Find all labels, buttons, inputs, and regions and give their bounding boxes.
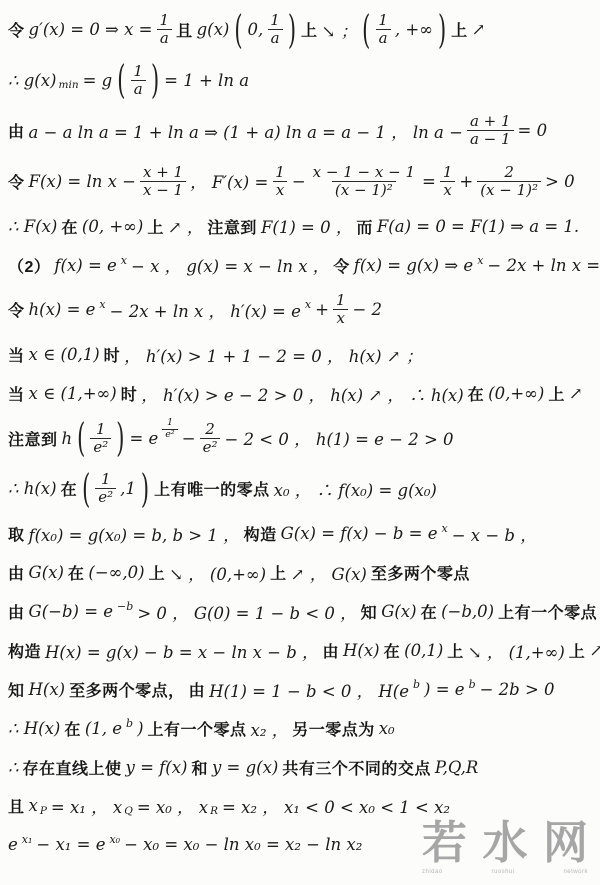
denominator: (x − 1)² <box>477 181 541 199</box>
cjk-text: 存在直线上使 <box>23 756 122 779</box>
math-text: y = f(x) <box>126 758 188 777</box>
superscript: x₀ <box>109 833 120 846</box>
cjk-text: 上 <box>451 18 468 41</box>
cjk-text: 上 <box>149 561 166 584</box>
math-text: = e <box>129 429 158 448</box>
fraction: 1e² <box>90 421 111 457</box>
math-text: f(x₀) = g(x₀) = b, b > 1 ， <box>29 522 240 546</box>
math-line: ∴ h(x)在(1e²,1)上有唯一的零点x₀ ， ∴ f(x₀) = g(x₀… <box>8 471 598 507</box>
big-paren: ( <box>117 58 125 102</box>
math-text: (1, e <box>85 719 122 738</box>
math-text: P,Q,R <box>435 758 478 777</box>
cjk-text: 至多两个零点， <box>69 678 185 701</box>
fraction: x − 1 − x − 1(x − 1)² <box>310 164 418 200</box>
cjk-text: 在 <box>421 600 438 623</box>
math-text: G(x) <box>29 563 64 582</box>
cjk-text: 由 <box>8 600 25 623</box>
math-text: − x − b ， <box>452 522 537 546</box>
math-text: x ∈ (0,1) <box>29 345 100 364</box>
math-text: ∴ <box>8 758 19 777</box>
cjk-text: 另一零点为 <box>292 717 375 740</box>
cjk-text: 由 <box>189 678 206 701</box>
superscript: b <box>413 678 420 691</box>
fraction: 1a <box>157 12 173 48</box>
fraction: a + 1a − 1 <box>467 113 514 149</box>
numerator: 1 <box>375 12 391 29</box>
math-text: g(x) <box>197 20 230 39</box>
math-text: − <box>292 172 306 191</box>
cjk-text: 在 <box>68 561 85 584</box>
numerator: 1 <box>272 164 288 181</box>
numerator: 1 <box>157 12 173 29</box>
math-text: + <box>315 300 329 319</box>
numerator: 1 <box>440 164 456 181</box>
math-line: 当x ∈ (1,+∞)时， h′(x) > e − 2 > 0 ， h(x) ↗… <box>8 382 598 406</box>
fraction: 1e² <box>95 471 116 507</box>
fraction: 2e² <box>200 421 221 457</box>
cjk-text: 上有一个零点 <box>148 717 247 740</box>
fraction: 1x <box>440 164 456 200</box>
superscript: x <box>442 522 448 535</box>
fraction: 1x <box>272 164 288 200</box>
math-text: ∴ F(x) <box>8 217 57 236</box>
math-text: (−b,0) <box>441 602 494 621</box>
math-text: ) <box>137 719 143 738</box>
math-text: h <box>62 429 73 448</box>
math-text: (0,+∞) <box>488 384 544 403</box>
math-text: = x₁ ， x <box>51 794 122 818</box>
superscript: x <box>121 254 127 267</box>
cjk-text: 上 <box>569 639 586 662</box>
math-text: H(x) = g(x) − b = x − ln x − b ， <box>45 639 319 663</box>
math-text: > 0 ， G(0) = 1 − b < 0 ， <box>137 600 356 624</box>
watermark-subtext: zhidao ruoshui network <box>422 869 588 875</box>
math-line: ∴ g(x)min= g(1a)= 1 + ln a <box>8 63 598 99</box>
math-text: ↘ ， (0,+∞) <box>169 561 266 585</box>
numerator: x − 1 − x − 1 <box>310 164 418 181</box>
denominator: a <box>157 29 172 47</box>
cjk-text: 在 <box>384 639 401 662</box>
superscript: x <box>99 298 105 311</box>
math-line: 由G(−b) = e−b> 0 ， G(0) = 1 − b < 0 ，知G(x… <box>8 600 598 624</box>
watermark-subword: zhidao <box>422 869 443 875</box>
math-text: ↗ <box>569 384 583 403</box>
cjk-text: 注意到 <box>8 427 58 450</box>
cjk-text: 注意到 <box>207 215 257 238</box>
math-text: ↗ <box>589 641 600 660</box>
cjk-text: 由 <box>8 561 25 584</box>
math-text: x ∈ (1,+∞) <box>29 384 117 403</box>
math-text: > 0 <box>545 172 575 191</box>
cjk-text: 当 <box>8 382 25 405</box>
cjk-text: 构造 <box>244 522 277 545</box>
fraction: x + 1x − 1 <box>140 164 186 200</box>
math-text: ∴ g(x) <box>8 71 57 90</box>
cjk-text: 令 <box>8 18 25 41</box>
math-line: 且xP= x₁ ， xQ= x₀ ， xR= x₂ ， x₁ < 0 < x₀ … <box>8 794 598 818</box>
math-text: − 2x + ln x = 0 <box>487 256 600 275</box>
math-text: = <box>422 172 436 191</box>
math-line: 由a − a ln a = 1 + ln a ⇒ (1 + a) ln a = … <box>8 113 598 149</box>
math-text: − <box>182 429 196 448</box>
denominator: e² <box>95 488 116 506</box>
math-line: 由G(x)在(−∞,0)上↘ ， (0,+∞)上↗ ， G(x)至多两个零点 <box>8 561 598 585</box>
math-text: ∴ H(x) <box>8 719 60 738</box>
math-text: G(x) = f(x) − b = e <box>281 524 438 543</box>
cjk-text: 而 <box>356 215 373 238</box>
denominator: a <box>268 29 283 47</box>
page: 令g′(x) = 0 ⇒ x =1a且g(x)(0,1a)上↘ ；(1a, +∞… <box>0 0 600 885</box>
big-paren: ) <box>141 467 149 511</box>
cjk-text: （2） <box>8 254 50 277</box>
math-line: 令h(x) = ex− 2x + ln x ， h′(x) = ex+1x− 2 <box>8 292 598 328</box>
subscript: Q <box>124 805 133 817</box>
math-text: x₀ <box>379 719 395 738</box>
big-paren: ( <box>82 467 90 511</box>
cjk-text: 在 <box>61 215 78 238</box>
math-text: (−∞,0) <box>88 563 144 582</box>
math-text: H(x) <box>343 641 380 660</box>
math-text: (0,1) <box>404 641 443 660</box>
denominator: x <box>333 309 347 327</box>
watermark-subword: ruoshui <box>491 869 514 875</box>
math-text: ↗ ， <box>168 214 204 238</box>
big-paren: ) <box>438 8 446 52</box>
math-text: − 2b > 0 <box>480 680 555 699</box>
math-text: y = g(x) <box>212 758 278 777</box>
cjk-text: 上 <box>147 215 164 238</box>
cjk-text: 由 <box>8 119 25 142</box>
denominator: a <box>131 80 146 98</box>
math-text: = x₀ ， x <box>137 794 208 818</box>
cjk-text: 知 <box>361 600 378 623</box>
document-body: 令g′(x) = 0 ⇒ x =1a且g(x)(0,1a)上↘ ；(1a, +∞… <box>0 0 600 856</box>
numerator: 1 <box>333 292 349 309</box>
math-line: 构造H(x) = g(x) − b = x − ln x − b ，由H(x)在… <box>8 639 598 663</box>
math-text: a − a ln a = 1 + ln a ⇒ (1 + a) ln a = a… <box>29 119 463 143</box>
math-text: ↘ ， (1,+∞) <box>468 639 565 663</box>
big-paren: ( <box>362 8 370 52</box>
big-paren: ) <box>116 416 124 460</box>
math-text: ， h′(x) > 1 + 1 − 2 = 0 ， h(x) ↗ ； <box>124 343 422 367</box>
math-text: G(x) <box>381 602 416 621</box>
math-text: f(x) = e <box>54 256 116 275</box>
math-text: = 1 + ln a <box>164 71 249 90</box>
cjk-text: 令 <box>8 170 25 193</box>
math-text: x₀ ， ∴ f(x₀) = g(x₀) <box>274 477 437 501</box>
denominator: e² <box>162 429 177 440</box>
superscript: b <box>126 717 133 730</box>
big-paren: ) <box>288 8 296 52</box>
numerator: 1 <box>267 12 283 29</box>
math-text: f(x) = g(x) ⇒ e <box>354 256 473 275</box>
math-text: G(−b) = e <box>29 602 114 621</box>
cjk-text: 上 <box>447 639 464 662</box>
math-text: x₂ ， <box>251 717 289 741</box>
numerator: 1 <box>164 418 176 428</box>
denominator: (x − 1)² <box>332 181 396 199</box>
cjk-text: 在 <box>61 477 78 500</box>
cjk-text: 上有唯一的零点 <box>154 477 270 500</box>
math-text: (0, +∞) <box>82 217 143 236</box>
math-text: h(x) = e <box>29 300 96 319</box>
math-text: − 2 <box>352 300 382 319</box>
math-text: ， F′(x) = <box>190 169 268 193</box>
numerator: 1 <box>98 471 114 488</box>
cjk-text: 由 <box>323 639 340 662</box>
cjk-text: 共有三个不同的交点 <box>282 756 431 779</box>
denominator: x <box>440 181 454 199</box>
cjk-text: 上 <box>270 561 287 584</box>
fraction: 1a <box>267 12 283 48</box>
subscript: R <box>210 805 218 817</box>
superscript: b <box>469 678 476 691</box>
sup-fraction: 1e² <box>162 418 177 440</box>
watermark-subword: network <box>563 869 588 875</box>
numerator: 1 <box>93 421 109 438</box>
math-text: F(x) = ln x − <box>29 172 136 191</box>
numerator: x + 1 <box>140 164 186 181</box>
math-line: （2）f(x) = ex− x ， g(x) = x − ln x ，令f(x)… <box>8 253 598 277</box>
numerator: 2 <box>202 421 218 438</box>
cjk-text: 至多两个零点 <box>371 561 470 584</box>
math-line: ∴ H(x)在(1, eb)上有一个零点x₂ ，另一零点为x₀ <box>8 717 598 741</box>
math-line: ∴ F(x)在(0, +∞)上↗ ，注意到F(1) = 0 ，而F(a) = 0… <box>8 214 598 238</box>
subscript: min <box>59 79 79 91</box>
math-text: F(a) = 0 = F(1) ⇒ a = 1. <box>377 217 579 236</box>
math-text: , +∞ <box>395 20 433 39</box>
math-text: ↗ ， G(x) <box>291 561 367 585</box>
math-text: ↗ <box>472 20 486 39</box>
math-text: − 2x + ln x ， h′(x) = e <box>110 298 301 322</box>
math-line: 知H(x)至多两个零点，由H(1) = 1 − b < 0 ， H(eb) = … <box>8 678 598 702</box>
superscript: x <box>477 254 483 267</box>
denominator: e² <box>90 438 111 456</box>
cjk-text: 知 <box>8 678 25 701</box>
math-text: ∴ h(x) <box>8 479 57 498</box>
cjk-text: 构造 <box>8 639 41 662</box>
math-line: 令g′(x) = 0 ⇒ x =1a且g(x)(0,1a)上↘ ；(1a, +∞… <box>8 12 598 48</box>
math-text: F(1) = 0 ， <box>261 214 352 238</box>
fraction: 1a <box>130 63 146 99</box>
cjk-text: 和 <box>191 756 208 779</box>
denominator: a − 1 <box>467 130 514 148</box>
cjk-text: 上 <box>548 382 565 405</box>
math-text: = x₂ ， x₁ < 0 < x₀ < 1 < x₂ <box>222 794 450 818</box>
fraction: 1a <box>375 12 391 48</box>
cjk-text: 在 <box>468 382 485 405</box>
math-line: 注意到h(1e²)= e1e²−2e²− 2 < 0 ， h(1) = e − … <box>8 421 598 457</box>
cjk-text: 在 <box>64 717 81 740</box>
math-line: 当x ∈ (0,1)时， h′(x) > 1 + 1 − 2 = 0 ， h(x… <box>8 343 598 367</box>
math-text: − x₀ = x₀ − ln x₀ = x₂ − ln x₂ <box>124 835 362 854</box>
cjk-text: 当 <box>8 343 25 366</box>
math-text: + <box>459 172 473 191</box>
big-paren: ( <box>234 8 242 52</box>
cjk-text: 时 <box>121 382 138 405</box>
cjk-text: 且 <box>8 794 25 817</box>
numerator: a + 1 <box>467 113 514 130</box>
math-text: H(x) <box>29 680 66 699</box>
math-line: 令F(x) = ln x −x + 1x − 1， F′(x) =1x−x − … <box>8 164 598 200</box>
cjk-text: 且 <box>176 18 193 41</box>
numerator: 2 <box>501 164 517 181</box>
math-text: − 2 < 0 ， h(1) = e − 2 > 0 <box>224 426 453 450</box>
math-text: g′(x) = 0 ⇒ x = <box>29 20 153 39</box>
math-text: H(1) = 1 − b < 0 ， H(e <box>209 678 409 702</box>
math-text: = g <box>83 71 113 90</box>
denominator: x <box>273 181 287 199</box>
math-line: ex₁− x₁ = ex₀− x₀ = x₀ − ln x₀ = x₂ − ln… <box>8 833 598 856</box>
cjk-text: 令 <box>8 298 25 321</box>
big-paren: ) <box>151 58 159 102</box>
numerator: 1 <box>130 63 146 80</box>
math-text: − x₁ = e <box>36 835 105 854</box>
superscript: x <box>305 298 311 311</box>
math-text: ↘ ； <box>322 18 358 42</box>
math-text: x <box>29 796 38 815</box>
math-text: ,1 <box>120 479 136 498</box>
cjk-text: 上有一个零点 <box>498 600 597 623</box>
math-text: ) = e <box>424 680 465 699</box>
math-text: = 0 <box>518 121 548 140</box>
denominator: a <box>376 29 391 47</box>
big-paren: ( <box>77 416 85 460</box>
superscript: x₁ <box>22 833 33 846</box>
denominator: x − 1 <box>140 181 186 199</box>
superscript: −b <box>117 600 133 613</box>
math-line: 取f(x₀) = g(x₀) = b, b > 1 ，构造G(x) = f(x)… <box>8 522 598 546</box>
cjk-text: 上 <box>301 18 318 41</box>
math-text: e <box>8 835 18 854</box>
math-text: − x ， g(x) = x − ln x ， <box>131 253 329 277</box>
math-text: ， h′(x) > e − 2 > 0 ， h(x) ↗ ， ∴ h(x) <box>141 382 463 406</box>
subscript: P <box>40 805 47 817</box>
fraction: 1x <box>333 292 349 328</box>
cjk-text: 令 <box>333 254 350 277</box>
cjk-text: 取 <box>8 522 25 545</box>
cjk-text: 时 <box>104 343 121 366</box>
denominator: e² <box>200 438 221 456</box>
fraction: 2(x − 1)² <box>477 164 541 200</box>
math-text: 0, <box>248 20 264 39</box>
math-line: ∴存在直线上使y = f(x)和y = g(x)共有三个不同的交点P,Q,R <box>8 756 598 779</box>
